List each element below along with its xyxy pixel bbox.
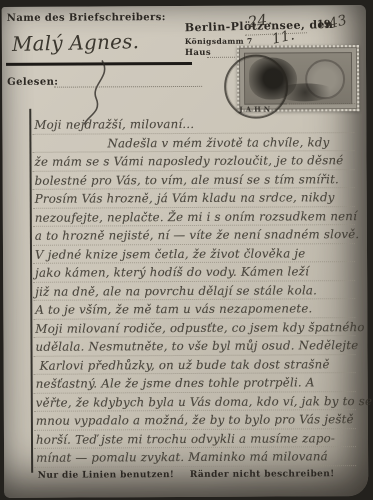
letter-line: udělala. Nesmutněte, to vše byl můj osud…: [35, 338, 358, 354]
left-margin-rule: [29, 109, 33, 473]
footer-instructions: Nur die Linien benutzen! Ränder nicht be…: [4, 469, 368, 481]
address-line: Königsdamm 7: [185, 37, 253, 46]
letter-paper: Name des Briefschreibers: Malý Agnes. Ge…: [2, 5, 369, 498]
postmark-letters: JAHN: [226, 104, 286, 113]
postmark-ring: JAHN: [224, 54, 288, 118]
letter-line: Moji nejdražší, milovaní...: [34, 117, 194, 132]
ruled-line: [34, 465, 356, 468]
sender-label: Name des Briefschreibers:: [7, 12, 166, 24]
letter-line: jako kámen, který hodíš do vody. Kámen l…: [35, 264, 309, 279]
form-dotted-line-right: [287, 95, 357, 104]
letter-line: mnou vypadalo a možná, že by to bylo pro…: [36, 412, 354, 428]
letter-line: nezoufejte, neplačte. Že mi i s oním roz…: [35, 209, 357, 225]
letter-line: Nadešla v mém životě ta chvíle, kdy: [107, 135, 329, 150]
sender-name-handwritten: Malý Agnes.: [12, 29, 140, 56]
letter-line: Moji milovaní rodiče, odpusťte, co jsem …: [35, 320, 364, 336]
letter-line: A to je vším, že mě tam u vás nezapomene…: [35, 301, 312, 316]
letter-line: mínat — pomalu zvykat. Maminko má milova…: [36, 449, 328, 465]
haus-blank-line: [207, 48, 235, 58]
gelesen-label: Gelesen:: [7, 77, 58, 88]
letter-line: V jedné knize jsem četla, že život člově…: [35, 246, 305, 261]
letter-line: a to hrozně nejisté, ní — víte že není s…: [35, 227, 360, 243]
photographed-letter: Name des Briefschreibers: Malý Agnes. Ge…: [0, 0, 373, 500]
letter-line: bolestné pro Vás, to vím, ale musí se s …: [35, 172, 339, 188]
footer-instruction-right: Ränder nicht beschreiben!: [190, 469, 335, 480]
letter-line: že mám se s Vámi naposledy rozloučit, je…: [34, 153, 343, 169]
letter-line: Prosím Vás hrozně, já Vám kladu na srdce…: [35, 190, 335, 206]
letter-line: věřte, že kdybych byla u Vás doma, kdo v…: [36, 394, 373, 410]
year-handwritten: 43: [327, 12, 349, 32]
letter-line: již na dně, ale na povrchu dělají se stá…: [35, 283, 317, 298]
date-day-handwritten: 24.: [247, 10, 274, 31]
footer-instruction-left: Nur die Linien benutzen!: [38, 470, 175, 481]
letter-line: Karlovi předhůzky, on už bude tak dost s…: [40, 357, 330, 373]
letter-line: nešťastný. Ale že jsme dnes tohle protrp…: [36, 375, 315, 390]
letter-line: horší. Teď jste mi trochu odvykli a musí…: [36, 431, 335, 447]
gelesen-blank-line: [54, 76, 202, 88]
ruled-line: [33, 243, 355, 246]
